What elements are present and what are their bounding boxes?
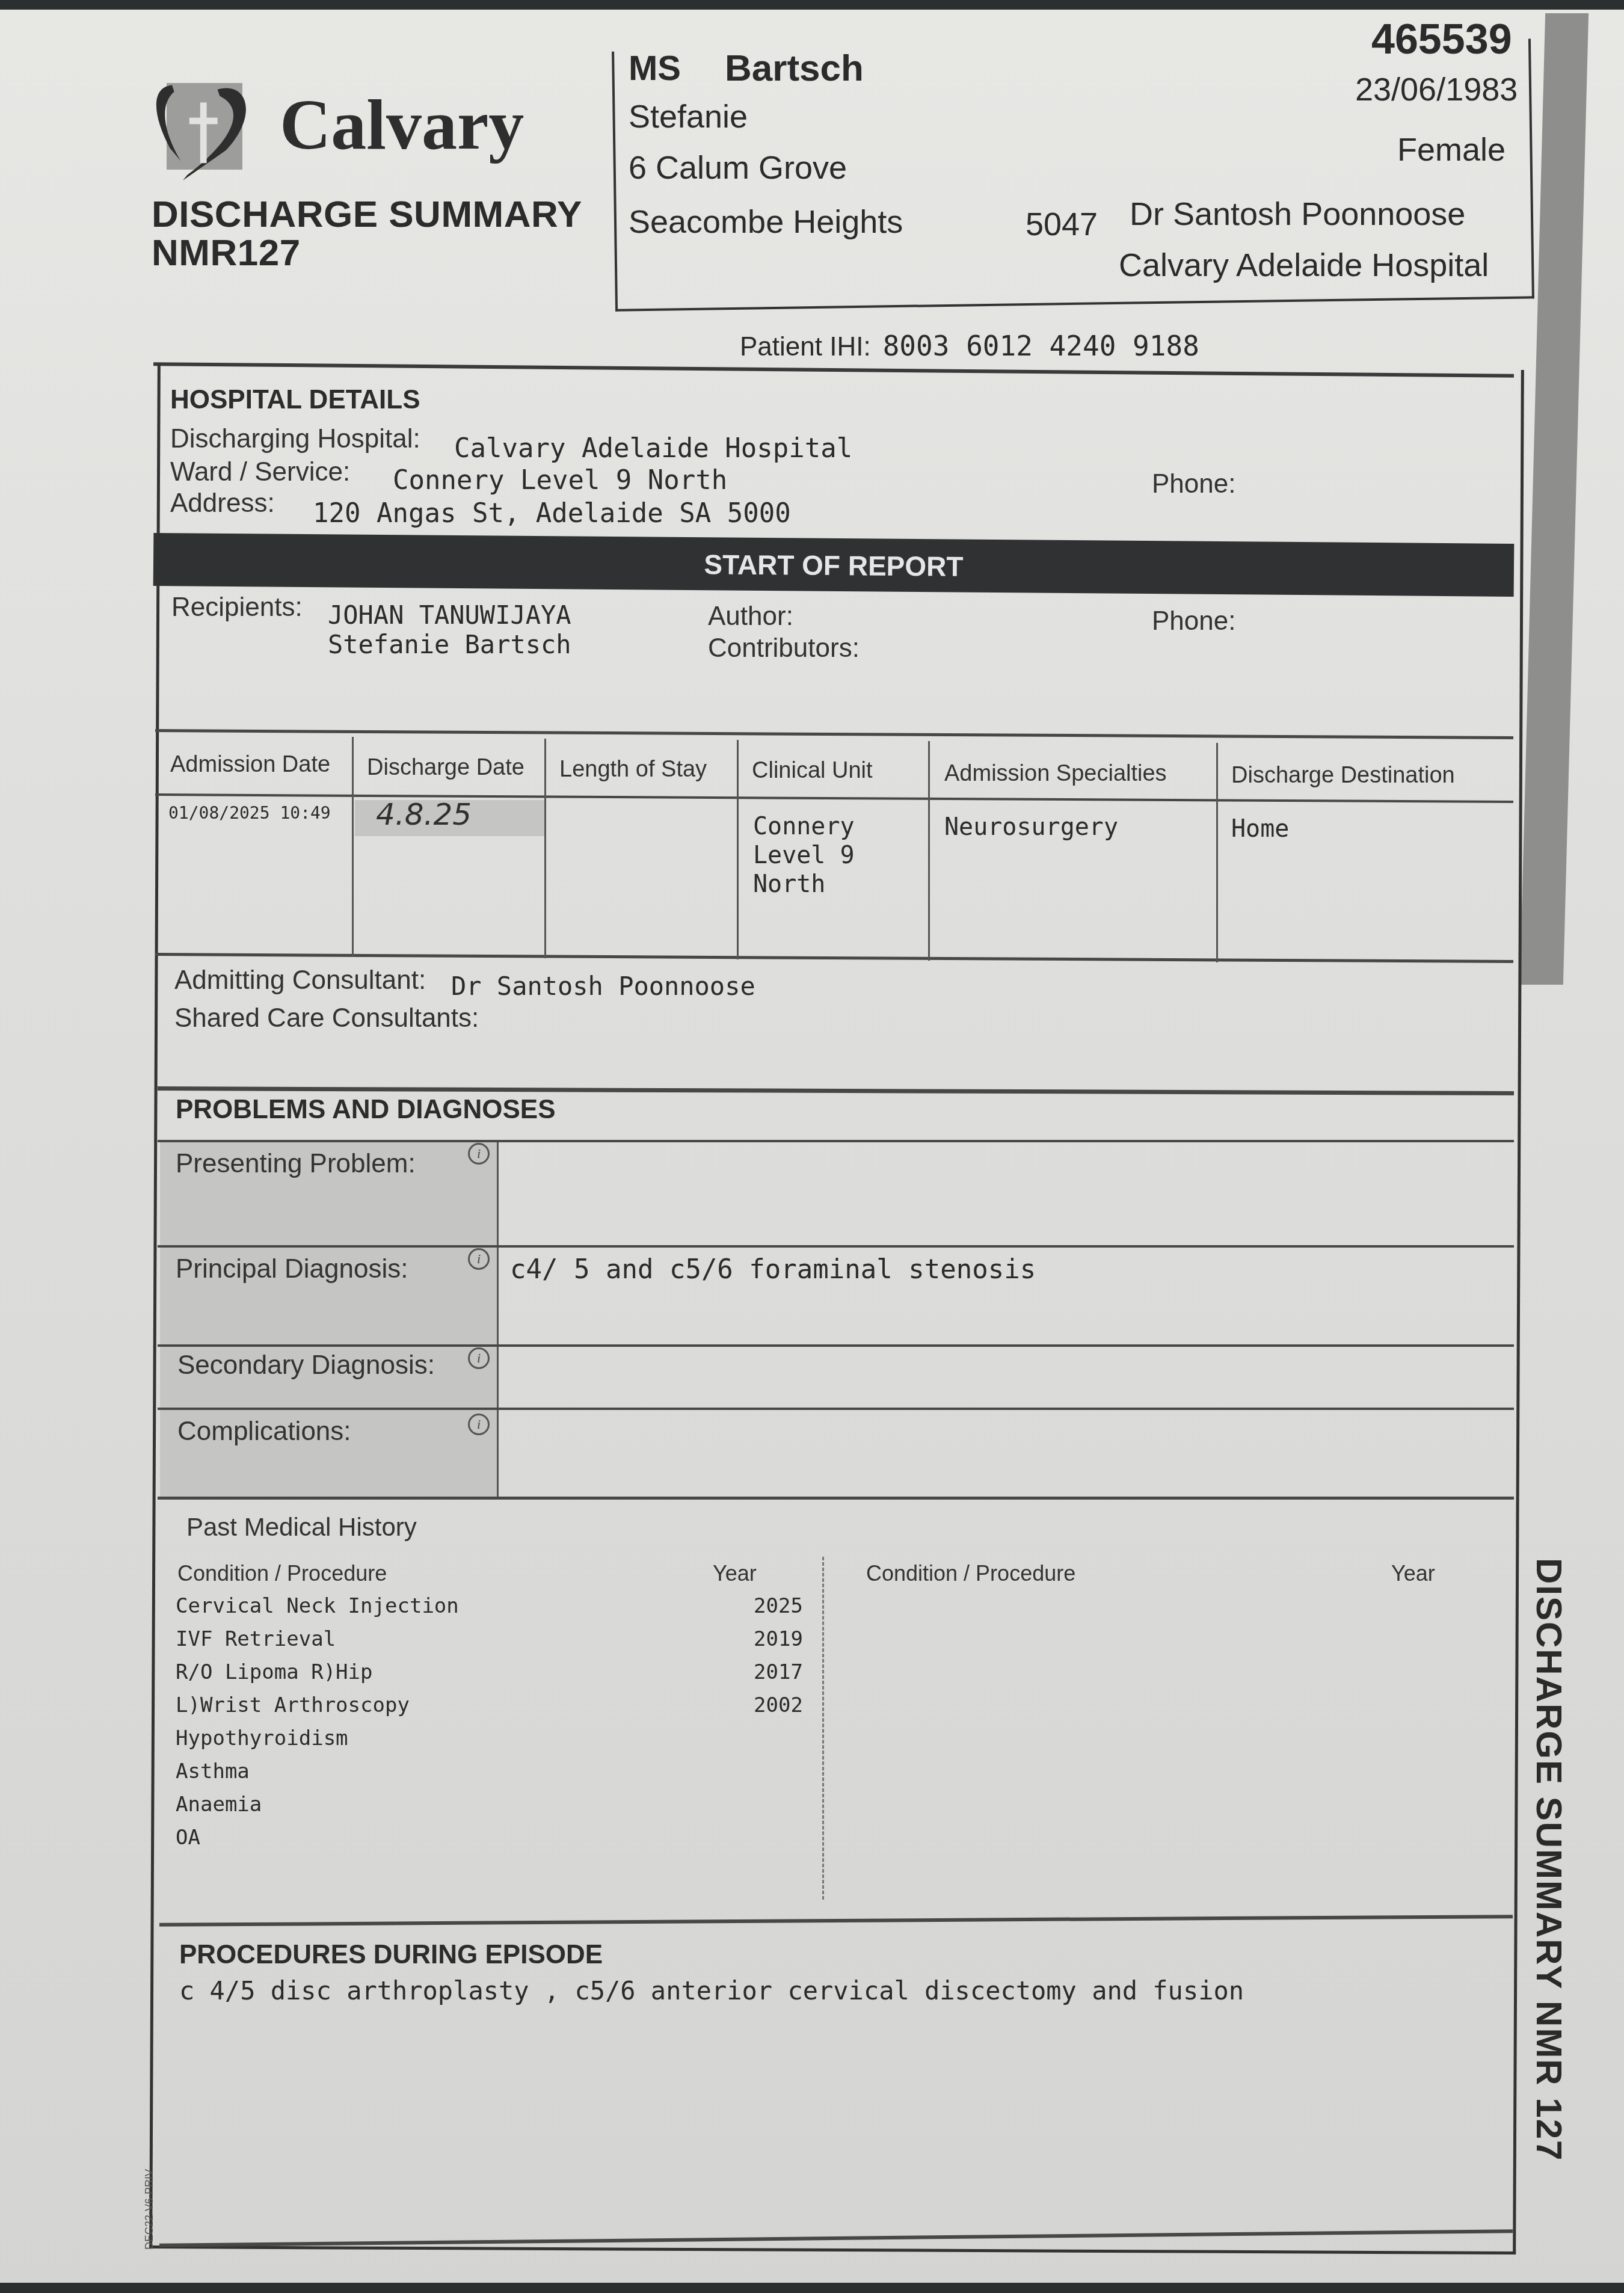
admitting-consultant-value: Dr Santosh Poonnoose [451,971,755,1001]
recipient-2: Stefanie Bartsch [328,630,571,659]
pmh-year: 2002 [754,1693,803,1717]
info-icon[interactable]: i [468,1143,490,1165]
pmh-column-divider [822,1557,824,1900]
start-of-report-bar: START OF REPORT [153,533,1515,597]
discharge-date-handwritten: 4.8.25 [376,797,472,832]
discharging-hospital-label: Discharging Hospital: [170,424,420,454]
discharge-destination-value: Home [1231,815,1289,843]
info-icon[interactable]: i [468,1414,490,1435]
admission-date-value: 01/08/2025 10:49 [168,803,331,823]
divider [158,1497,1514,1500]
col-divider [928,741,930,961]
contributors-label: Contributors: [708,633,860,663]
principal-diagnosis-value: c4/ 5 and c5/6 foraminal stenosis [510,1254,1036,1285]
ward-value: Connery Level 9 North [393,465,727,496]
complications-label: Complications: [177,1417,351,1447]
patient-sex: Female [1397,131,1506,168]
pmh-year: 2025 [754,1594,803,1618]
col-divider [352,737,354,956]
document-title-text: DISCHARGE SUMMARY [152,195,582,234]
patient-suburb: Seacombe Heights [629,203,903,241]
divider [158,1344,1514,1347]
problems-heading: PROBLEMS AND DIAGNOSES [176,1095,556,1125]
pmh-col-year: Year [713,1561,757,1586]
divider [158,1408,1514,1410]
col-divider [497,1142,499,1497]
hospital-details-heading: HOSPITAL DETAILS [170,385,420,415]
clinical-unit-line: Level 9 [753,841,855,870]
pmh-condition: R/O Lipoma R)Hip [176,1660,373,1684]
admission-specialties-value: Neurosurgery [944,813,1118,841]
col-clinical-unit: Clinical Unit [752,758,873,784]
pmh-col-condition-2: Condition / Procedure [866,1561,1075,1586]
secondary-diagnosis-label: Secondary Diagnosis: [177,1350,435,1380]
clinical-unit-value: Connery Level 9 North [753,812,855,899]
recipients-label: Recipients: [171,592,303,623]
patient-postcode: 5047 [1026,206,1098,243]
pmh-condition: Hypothyroidism [176,1726,348,1750]
form-code: NMR127 [152,234,582,272]
procedures-heading: PROCEDURES DURING EPISODE [179,1940,603,1970]
discharging-hospital-value: Calvary Adelaide Hospital [454,433,852,464]
col-discharge-destination: Discharge Destination [1231,763,1455,789]
procedures-text: c 4/5 disc arthroplasty , c5/6 anterior … [179,1976,1244,2005]
address-value: 120 Angas St, Adelaide SA 5000 [313,498,791,529]
patient-title: MS [629,48,681,88]
side-label: DISCHARGE SUMMARY NMR 127 [1528,1558,1570,2161]
col-divider [737,740,739,959]
col-divider [1216,743,1218,962]
divider [158,1245,1514,1248]
col-divider [544,739,546,958]
info-icon[interactable]: i [468,1347,490,1369]
pmh-year: 2019 [754,1627,803,1651]
pmh-col-year-2: Year [1391,1561,1435,1586]
pmh-year: 2017 [754,1660,803,1684]
heart-cross-icon [150,72,259,180]
patient-doctor: Dr Santosh Poonnoose [1130,195,1465,233]
pmh-col-condition: Condition / Procedure [177,1561,387,1586]
patient-surname: Bartsch [725,47,864,90]
pmh-condition: L)Wrist Arthroscopy [176,1693,410,1717]
patient-dob: 23/06/1983 [1355,71,1518,108]
pmh-condition: Anaemia [176,1793,262,1817]
principal-diagnosis-label: Principal Diagnosis: [176,1254,408,1284]
col-discharge-date: Discharge Date [367,755,524,781]
pmh-condition: Cervical Neck Injection [176,1594,459,1618]
ihi-value: 8003 6012 4240 9188 [883,330,1199,362]
ihi-label: Patient IHI: [740,332,871,362]
clinical-unit-line: Connery [753,812,855,841]
footer-form-code: DEC22-V6-PRIV [143,2169,156,2250]
hospital-phone-label: Phone: [1152,469,1235,499]
report-phone-label: Phone: [1152,606,1235,636]
address-label: Address: [170,488,275,519]
patient-given-name: Stefanie [629,98,748,135]
document-title: DISCHARGE SUMMARY NMR127 [152,195,582,272]
patient-hospital: Calvary Adelaide Hospital [1119,247,1489,284]
brand-name: Calvary [280,84,524,166]
col-admission-date: Admission Date [170,752,330,778]
recipient-1: JOHAN TANUWIJAYA [328,600,571,630]
patient-mrn: 465539 [1371,15,1512,63]
pmh-condition: Asthma [176,1759,250,1784]
start-of-report-text: START OF REPORT [153,544,1514,587]
col-admission-specialties: Admission Specialties [944,761,1167,787]
shared-care-label: Shared Care Consultants: [174,1003,479,1033]
admitting-consultant-label: Admitting Consultant: [174,965,426,996]
clinical-unit-line: North [753,870,855,899]
patient-address: 6 Calum Grove [629,149,847,186]
pmh-condition: OA [176,1826,200,1850]
patient-ihi: Patient IHI:8003 6012 4240 9188 [740,330,1199,362]
ward-label: Ward / Service: [170,457,350,487]
photo-bottom-edge [0,2283,1624,2293]
presenting-problem-label: Presenting Problem: [176,1149,416,1179]
author-label: Author: [708,602,793,632]
pmh-condition: IVF Retrieval [176,1627,336,1651]
col-length-of-stay: Length of Stay [559,757,707,783]
info-icon[interactable]: i [468,1248,490,1270]
pmh-heading: Past Medical History [186,1513,417,1542]
